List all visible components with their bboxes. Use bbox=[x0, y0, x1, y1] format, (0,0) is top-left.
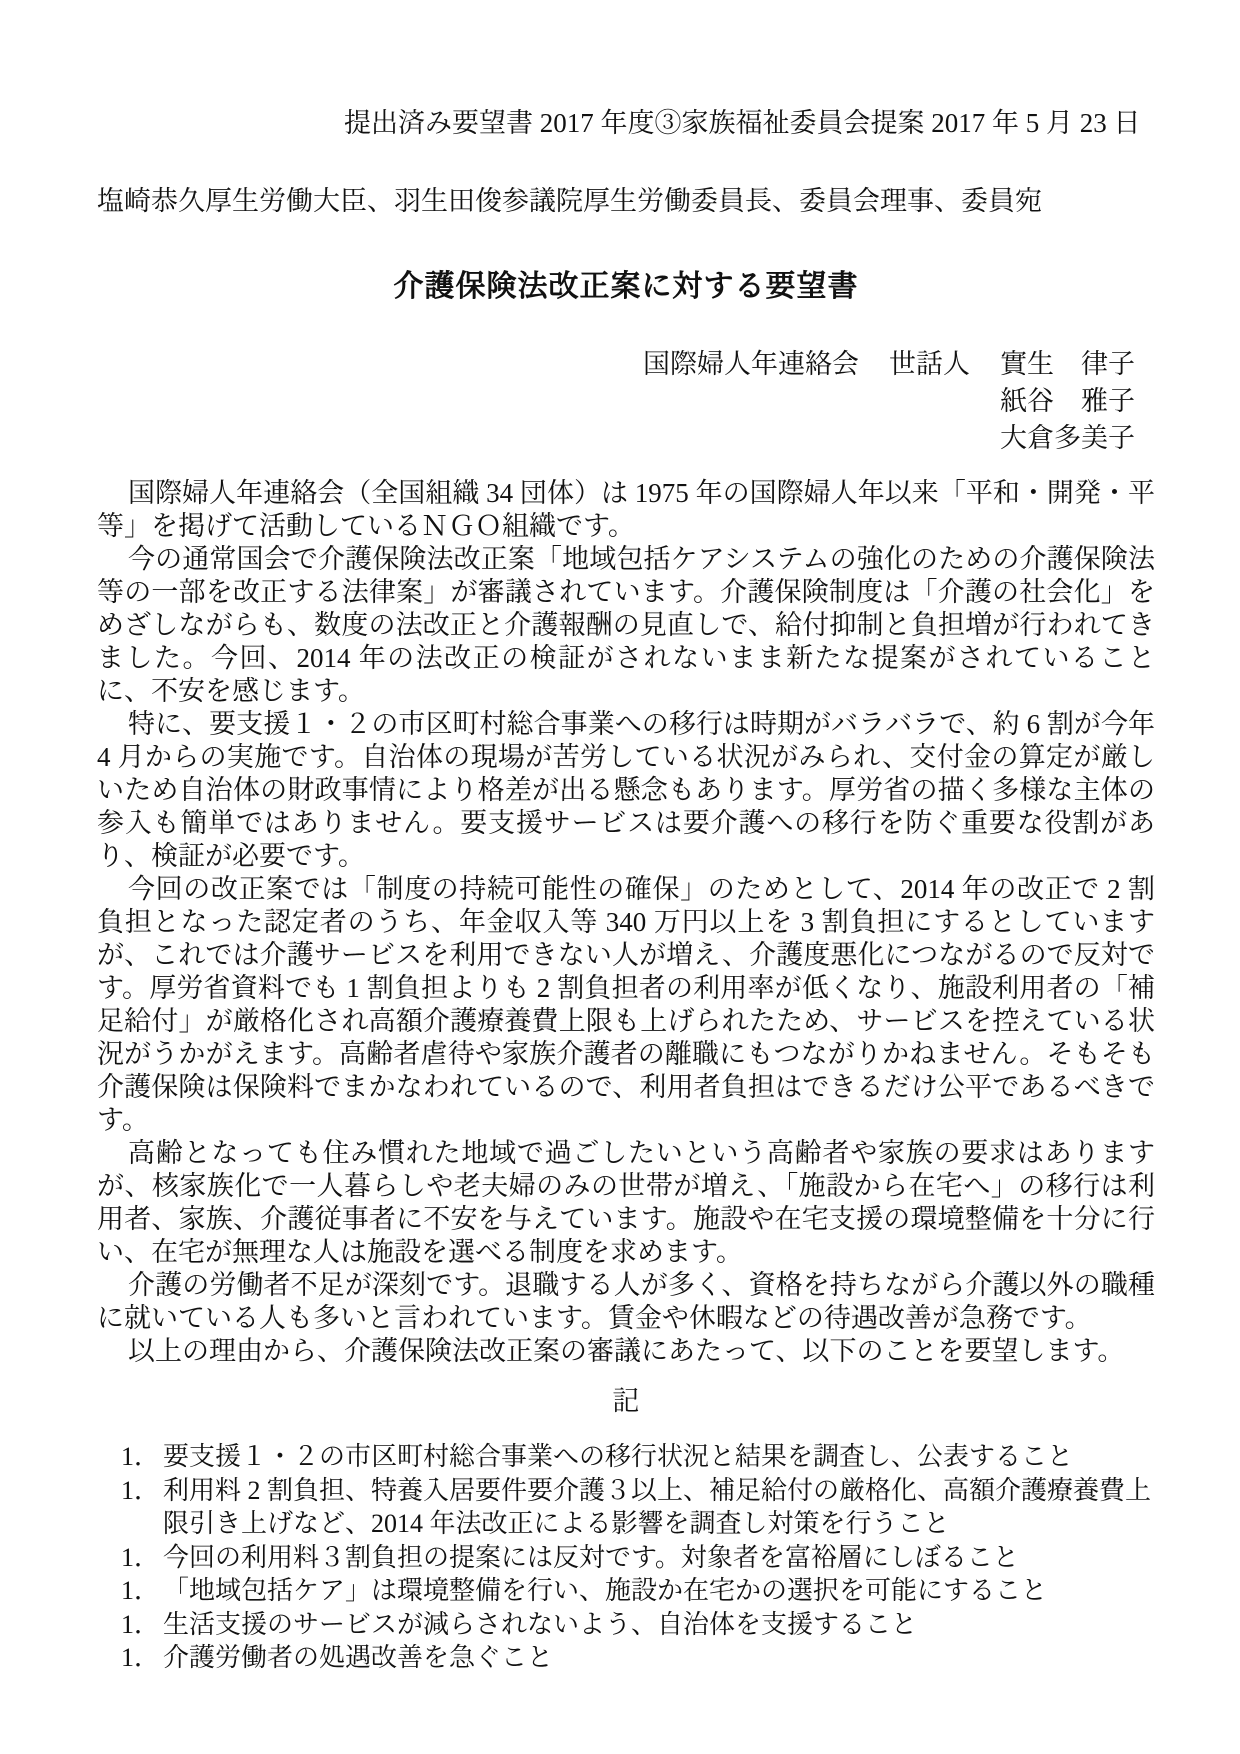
request-item-number: 1． bbox=[121, 1440, 163, 1474]
request-item-number: 1． bbox=[121, 1608, 163, 1642]
page-title: 介護保険法改正案に対する要望書 bbox=[97, 266, 1155, 308]
request-item-number: 1． bbox=[121, 1474, 163, 1541]
request-item-text: 利用料 2 割負担、特養入居要件要介護３以上、補足給付の厳格化、高額介護療養費上… bbox=[163, 1474, 1155, 1541]
body-paragraph: 今回の改正案では「制度の持続可能性の確保」のためとして、2014 年の改正で 2… bbox=[97, 873, 1155, 1137]
request-item: 1． 生活支援のサービスが減らされないよう、自治体を支援すること bbox=[121, 1608, 1155, 1642]
request-item: 1． 要支援１・２の市区町村総合事業への移行状況と結果を調査し、公表すること bbox=[121, 1440, 1155, 1474]
signatories-block: 国際婦人年連絡会 世話人 實生 律子 紙谷 雅子 大倉多美子 bbox=[643, 346, 1155, 457]
request-item-text: 今回の利用料３割負担の提案には反対です。対象者を富裕層にしぼること bbox=[163, 1541, 1155, 1575]
document-page: 提出済み要望書 2017 年度③家族福祉委員会提案 2017 年 5 月 23 … bbox=[0, 0, 1240, 1754]
request-item-number: 1． bbox=[121, 1541, 163, 1575]
request-item: 1． 「地域包括ケア」は環境整備を行い、施設か在宅かの選択を可能にすること bbox=[121, 1574, 1155, 1608]
request-item-text: 「地域包括ケア」は環境整備を行い、施設か在宅かの選択を可能にすること bbox=[163, 1574, 1155, 1608]
body-paragraph: 今の通常国会で介護保険法改正案「地域包括ケアシステムの強化のための介護保険法等の… bbox=[97, 543, 1155, 708]
request-item: 1． 利用料 2 割負担、特養入居要件要介護３以上、補足給付の厳格化、高額介護療… bbox=[121, 1474, 1155, 1541]
requests-list: 1． 要支援１・２の市区町村総合事業への移行状況と結果を調査し、公表すること 1… bbox=[97, 1440, 1155, 1675]
signatory-name: 紙谷 雅子 bbox=[1000, 383, 1135, 420]
request-item-number: 1． bbox=[121, 1641, 163, 1675]
request-item-text: 要支援１・２の市区町村総合事業への移行状況と結果を調査し、公表すること bbox=[163, 1440, 1155, 1474]
request-item-number: 1． bbox=[121, 1574, 163, 1608]
signatory-org-role: 国際婦人年連絡会 世話人 bbox=[643, 346, 970, 383]
document-content: 提出済み要望書 2017 年度③家族福祉委員会提案 2017 年 5 月 23 … bbox=[0, 107, 1240, 1675]
section-marker: 記 bbox=[97, 1384, 1155, 1418]
body-paragraph: 国際婦人年連絡会（全国組織 34 団体）は 1975 年の国際婦人年以来「平和・… bbox=[97, 477, 1155, 543]
body-paragraph: 高齢となっても住み慣れた地域で過ごしたいという高齢者や家族の要求はありますが、核… bbox=[97, 1137, 1155, 1269]
addressee-line: 塩崎恭久厚生労働大臣、羽生田俊参議院厚生労働委員長、委員会理事、委員宛 bbox=[97, 185, 1155, 218]
signatory-organization: 国際婦人年連絡会 bbox=[643, 346, 859, 383]
body-paragraphs: 国際婦人年連絡会（全国組織 34 団体）は 1975 年の国際婦人年以来「平和・… bbox=[97, 477, 1155, 1368]
body-paragraph: 特に、要支援１・２の市区町村総合事業への移行は時期がバラバラで、約 6 割が今年… bbox=[97, 708, 1155, 873]
body-paragraph: 介護の労働者不足が深刻です。退職する人が多く、資格を持ちながら介護以外の職種に就… bbox=[97, 1269, 1155, 1335]
signatory-name: 大倉多美子 bbox=[1000, 420, 1135, 457]
request-item-text: 生活支援のサービスが減らされないよう、自治体を支援すること bbox=[163, 1608, 1155, 1642]
request-item: 1． 介護労働者の処遇改善を急ぐこと bbox=[121, 1641, 1155, 1675]
body-paragraph: 以上の理由から、介護保険法改正案の審議にあたって、以下のことを要望します。 bbox=[97, 1335, 1155, 1368]
signatory-names: 實生 律子 紙谷 雅子 大倉多美子 bbox=[1000, 346, 1135, 457]
signatory-name: 實生 律子 bbox=[1000, 346, 1135, 383]
request-item-text: 介護労働者の処遇改善を急ぐこと bbox=[163, 1641, 1155, 1675]
request-item: 1． 今回の利用料３割負担の提案には反対です。対象者を富裕層にしぼること bbox=[121, 1541, 1155, 1575]
header-line: 提出済み要望書 2017 年度③家族福祉委員会提案 2017 年 5 月 23 … bbox=[344, 107, 1155, 140]
signatory-role: 世話人 bbox=[889, 346, 970, 383]
